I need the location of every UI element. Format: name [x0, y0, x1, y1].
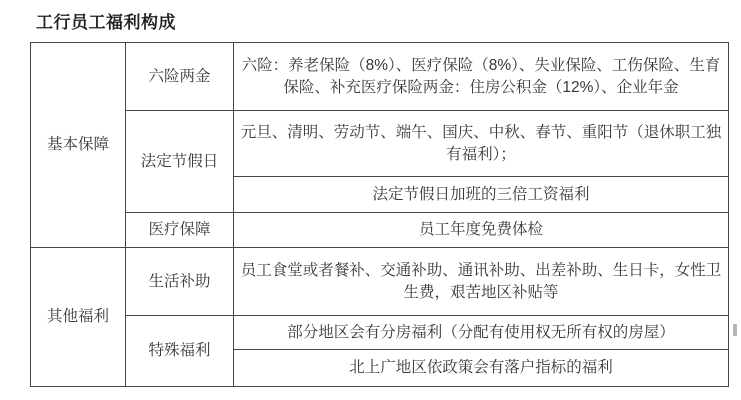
content-cell-six-insurances-detail: 六险：养老保险（8%）、医疗保险（8%）、失业保险、工伤保险、生育保险、补充医疗… — [234, 43, 729, 111]
category-cell-other-benefits: 其他福利 — [31, 248, 126, 387]
subcategory-cell-statutory-holidays: 法定节假日 — [126, 111, 234, 213]
page: 工行员工福利构成 基本保障 六险两金 六险：养老保险（8%）、医疗保险（8%）、… — [0, 0, 741, 400]
content-cell-holiday-list: 元旦、清明、劳动节、端午、国庆、中秋、春节、重阳节（退休职工独有福利）； — [234, 111, 729, 177]
subcategory-cell-living-subsidy: 生活补助 — [126, 248, 234, 316]
content-cell-housing-benefit: 部分地区会有分房福利（分配有使用权无所有权的房屋） — [234, 316, 729, 350]
table-row: 特殊福利 部分地区会有分房福利（分配有使用权无所有权的房屋） — [31, 316, 729, 350]
content-cell-annual-checkup: 员工年度免费体检 — [234, 213, 729, 248]
content-cell-living-subsidy-detail: 员工食堂或者餐补、交通补助、通讯补助、出差补助、生日卡，女性卫生费，艰苦地区补贴… — [234, 248, 729, 316]
table-row: 医疗保障 员工年度免费体检 — [31, 213, 729, 248]
subcategory-cell-six-insurances: 六险两金 — [126, 43, 234, 111]
subcategory-cell-special-benefits: 特殊福利 — [126, 316, 234, 387]
table-row: 法定节假日 元旦、清明、劳动节、端午、国庆、中秋、春节、重阳节（退休职工独有福利… — [31, 111, 729, 177]
category-cell-basic-protection: 基本保障 — [31, 43, 126, 248]
content-cell-triple-pay: 法定节假日加班的三倍工资福利 — [234, 177, 729, 213]
table-row: 基本保障 六险两金 六险：养老保险（8%）、医疗保险（8%）、失业保险、工伤保险… — [31, 43, 729, 111]
page-title: 工行员工福利构成 — [36, 8, 176, 33]
benefits-table: 基本保障 六险两金 六险：养老保险（8%）、医疗保险（8%）、失业保险、工伤保险… — [30, 42, 729, 387]
table-row: 其他福利 生活补助 员工食堂或者餐补、交通补助、通讯补助、出差补助、生日卡，女性… — [31, 248, 729, 316]
content-cell-hukou-benefit: 北上广地区依政策会有落户指标的福利 — [234, 350, 729, 387]
subcategory-cell-medical-protection: 医疗保障 — [126, 213, 234, 248]
edge-artifact — [733, 324, 737, 336]
